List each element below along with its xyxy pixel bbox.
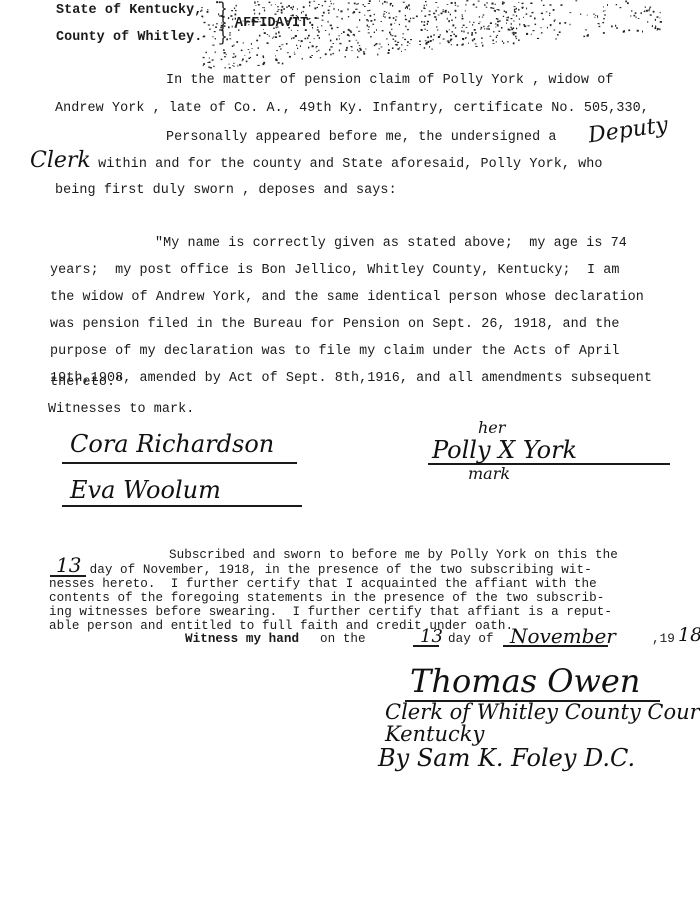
jurat-line-4: contents of the foregoing statements in …	[49, 591, 604, 606]
statement-line: 19th,1908, amended by Act of Sept. 8th,1…	[50, 371, 652, 386]
day-line-2	[413, 645, 439, 647]
statement-line: years; my post office is Bon Jellico, Wh…	[50, 263, 620, 278]
clerk-signature-name: Thomas Owen	[410, 662, 640, 700]
statement-line: thereto."	[50, 375, 123, 390]
affiant-signature: Polly X York	[432, 436, 577, 464]
handwritten-deputy: Deputy	[587, 113, 670, 149]
statement-line: purpose of my declaration was to file my…	[50, 344, 620, 359]
doc-type-title: AFFIDAVIT.	[235, 16, 316, 31]
jurat-line-2: day of November, 1918, in the presence o…	[82, 563, 592, 578]
statement-line: the widow of Andrew York, and the same i…	[50, 290, 644, 305]
appeared-line-1: Personally appeared before me, the under…	[166, 130, 557, 145]
day-of-label: day of	[448, 632, 494, 647]
affiant-line	[428, 463, 670, 465]
appeared-line-3: being first duly sworn , deposes and say…	[55, 183, 397, 198]
statement-line: was pension filed in the Bureau for Pens…	[50, 317, 620, 332]
jurat-line-1: Subscribed and sworn to before me by Pol…	[169, 548, 618, 563]
intro-line-2: Andrew York , late of Co. A., 49th Ky. I…	[55, 101, 649, 116]
deputy-clerk-signature: By Sam K. Foley D.C.	[378, 744, 635, 772]
clerk-state: Kentucky	[385, 722, 484, 746]
jurat-line-3: nesses hereto. I further certify that I …	[49, 577, 597, 592]
witness-2-line	[62, 505, 302, 507]
witness-signature-2: Eva Woolum	[70, 476, 221, 504]
jurat-line-5: ing witnesses before swearing. I further…	[49, 605, 612, 620]
year-prefix: ,19	[652, 632, 675, 647]
header-state: State of Kentucky,	[56, 3, 202, 18]
year-hand: 18	[678, 624, 700, 646]
header-brace: }}}	[218, 2, 228, 44]
appeared-line-2: within and for the county and State afor…	[90, 157, 603, 172]
jurat-day-hand-2: 13	[420, 626, 443, 647]
handwritten-clerk: Clerk	[30, 148, 91, 173]
witnesses-label: Witnesses to mark.	[48, 402, 194, 417]
intro-line-1: In the matter of pension claim of Polly …	[166, 73, 613, 88]
affiant-her: her	[478, 418, 505, 437]
affiant-mark: mark	[468, 464, 510, 483]
statement-line: "My name is correctly given as stated ab…	[155, 236, 627, 251]
header-county: County of Whitley.	[56, 30, 202, 45]
clerk-title: Clerk of Whitley County Court	[385, 700, 700, 724]
jurat-day-hand: 13	[56, 553, 81, 577]
month-line	[503, 645, 608, 647]
witness-signature-1: Cora Richardson	[70, 430, 274, 458]
witness-1-line	[62, 462, 297, 464]
witness-hand-label: Witness my hand	[185, 632, 299, 647]
on-the-label: on the	[320, 632, 366, 647]
